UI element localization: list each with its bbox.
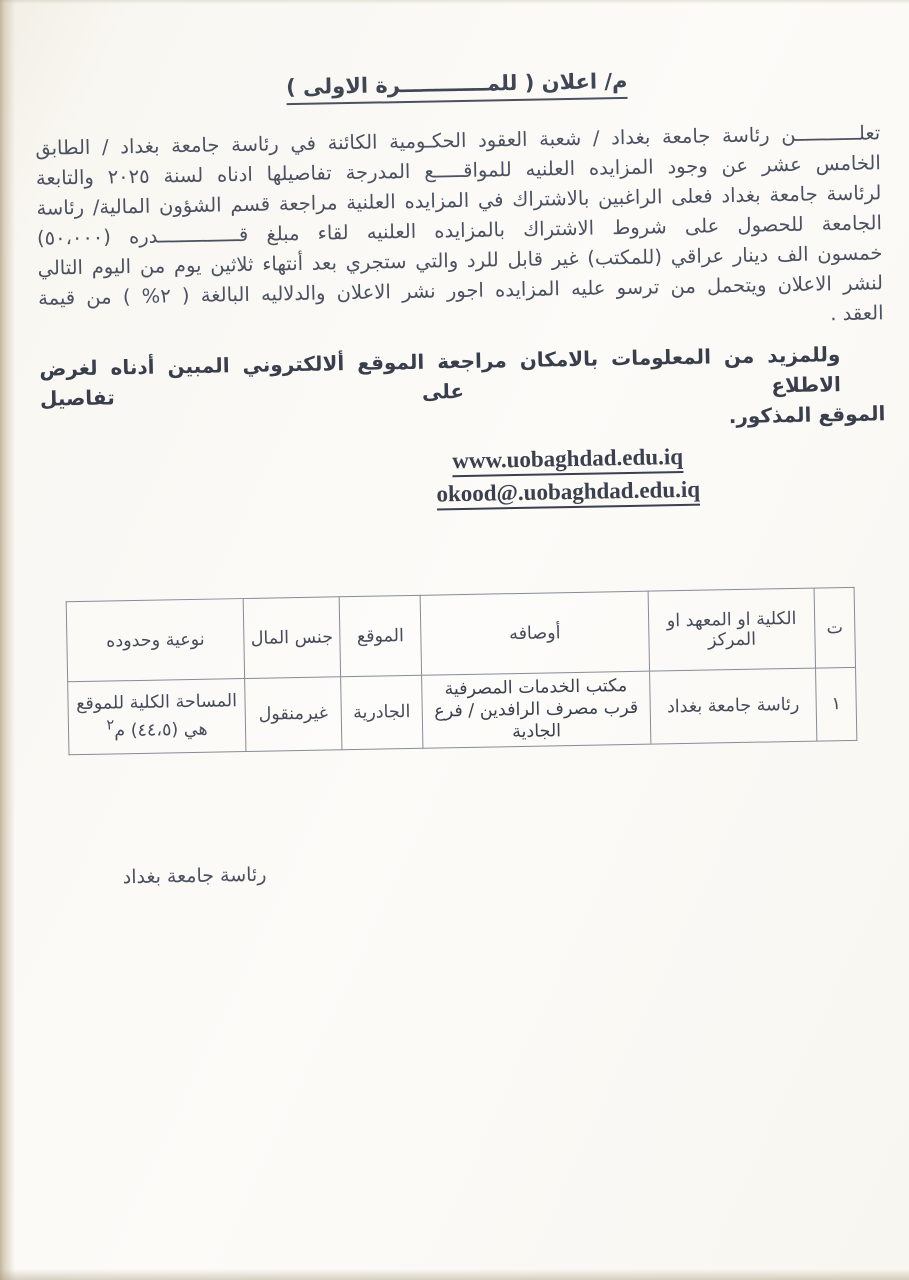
- header-description: أوصافه: [420, 591, 649, 675]
- cell-location: الجادرية: [341, 675, 423, 749]
- cell-no: ١: [816, 667, 857, 741]
- table-header-row: ت الكلية او المعهد او المركز أوصافه المو…: [66, 587, 855, 681]
- area-text: المساحة الكلية للموقع هي (٤٤،٥) م: [76, 691, 237, 741]
- scan-edge-bottom: [0, 1269, 909, 1280]
- email-address: okood@.uobaghdad.edu.iq: [436, 477, 700, 511]
- header-asset-kind: جنس المال: [243, 597, 340, 679]
- contact-links: www.uobaghdad.edu.iq okood@.uobaghdad.ed…: [41, 436, 887, 517]
- cell-entity: رئاسة جامعة بغداد: [650, 668, 817, 744]
- announcement-paragraph: تعلـــــــــــن رئاسة جامعة بغداد / شعبة…: [35, 118, 884, 343]
- table-row: ١ رئاسة جامعة بغداد مكتب الخدمات المصرفي…: [68, 667, 857, 754]
- header-no: ت: [814, 587, 855, 668]
- cell-asset-kind: غيرمنقول: [245, 677, 342, 752]
- scanned-announcement-page: م/ اعلان ( للمــــــــــــرة الاولى ) تع…: [0, 0, 909, 1280]
- auction-sites-table: ت الكلية او المعهد او المركز أوصافه المو…: [66, 587, 858, 755]
- signature: رئاسة جامعة بغداد: [49, 852, 894, 889]
- scan-edge-left: [0, 0, 15, 1280]
- website-url: www.uobaghdad.edu.iq: [452, 444, 683, 477]
- document-title-text: م/ اعلان ( للمــــــــــــرة الاولى ): [286, 69, 628, 105]
- header-entity: الكلية او المعهد او المركز: [648, 588, 815, 671]
- cell-type-bounds: المساحة الكلية للموقع هي (٤٤،٥) م٢: [68, 679, 246, 755]
- header-location: الموقع: [339, 595, 421, 676]
- document-content: م/ اعلان ( للمــــــــــــرة الاولى ) تع…: [33, 0, 894, 890]
- document-title: م/ اعلان ( للمــــــــــــرة الاولى ): [34, 64, 879, 109]
- more-info-note: وللمزيد من المعلومات بالامكان مراجعة الم…: [39, 338, 886, 443]
- cell-description: مكتب الخدمات المصرفية قرب مصرف الرافدين …: [422, 671, 651, 748]
- header-type-bounds: نوعية وحدوده: [66, 599, 244, 682]
